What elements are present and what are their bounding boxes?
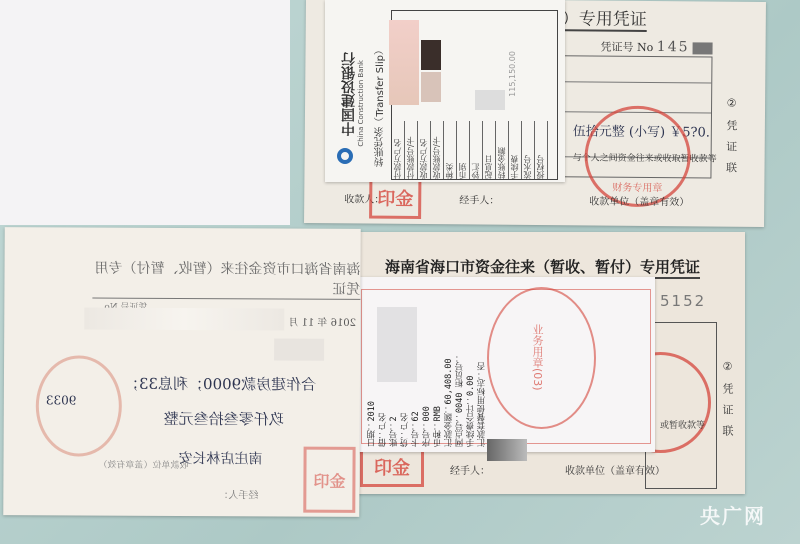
left-receipt-title: 海南省海口市资金往来（暂收、暂付）专用凭证: [92, 258, 360, 300]
amount-hint: 115,150.00: [508, 51, 517, 97]
handler-label: 经手人：: [450, 462, 490, 477]
side-label: ②凭证联: [722, 97, 739, 183]
redaction-block: [389, 20, 419, 105]
payee-unit-label: 收款单位（盖章有效）: [98, 458, 188, 471]
blank-paper: [0, 0, 290, 225]
watermark: 央广网: [700, 500, 766, 529]
redaction: [693, 42, 713, 54]
handwritten-line-1: 合作建房款9000；利息33；: [124, 373, 316, 395]
faded-seal: [36, 355, 123, 456]
square-seal: 印金: [360, 447, 424, 487]
slip-rows: 付款方户名 付款账号/卡 收款方户名 收款账号/卡 种类 币别 钞汇 起息日 转…: [392, 121, 557, 179]
redaction-block: [475, 90, 505, 110]
bank-receipt-printout: 日期：2010 借：户名 账号：2 贷：户名 卡号：62 序号：000 币种：R…: [357, 277, 655, 452]
redaction-block: [274, 338, 324, 360]
receipt-note: 或暂收款等: [660, 418, 705, 431]
bank-name-en: China Construction Bank: [357, 60, 365, 147]
ccb-logo-icon: [337, 148, 353, 164]
left-receipt: 海南省海口市资金往来（暂收、暂付）专用凭证 凭证号 No 2016 年 11 月…: [3, 227, 361, 517]
redaction-block: [377, 307, 417, 382]
handwritten-line-2: 玖仟零叁拾叁元整: [164, 408, 284, 430]
bank-transfer-slip: 中国建设银行 China Construction Bank 转账凭条（Tran…: [325, 0, 565, 182]
bank-business-seal: 业务用章(03): [487, 287, 596, 429]
payee-unit-label: 收款单位（盖章有效）: [589, 192, 689, 208]
side-label: ②凭证联: [719, 360, 735, 446]
redaction-block: [421, 40, 441, 70]
handler-label: 经手人：: [459, 191, 499, 206]
square-seal: 印金: [369, 177, 421, 219]
slip-title: 转账凭条（Transfer Slip）: [373, 45, 388, 167]
voucher-label: 凭证号 No: [601, 41, 654, 54]
payee-unit-label: 收款单位（盖章有效）: [565, 462, 665, 477]
bank-name: 中国建设银行: [339, 52, 359, 136]
redaction-block: [421, 72, 441, 102]
voucher-no: 5152: [660, 292, 706, 310]
handwritten-line-3: 南庄店林长安: [178, 448, 262, 468]
handler-label: 经手人：: [218, 486, 258, 501]
voucher-number: 凭证号 No 145: [601, 39, 714, 56]
square-seal: 印金: [303, 447, 355, 513]
voucher-no: 145: [657, 39, 690, 55]
redaction-block: [487, 439, 527, 461]
right-receipt-title: 海南省海口市资金往来（暂收、暂付）专用凭证: [385, 256, 700, 279]
redaction-block: [84, 307, 284, 330]
